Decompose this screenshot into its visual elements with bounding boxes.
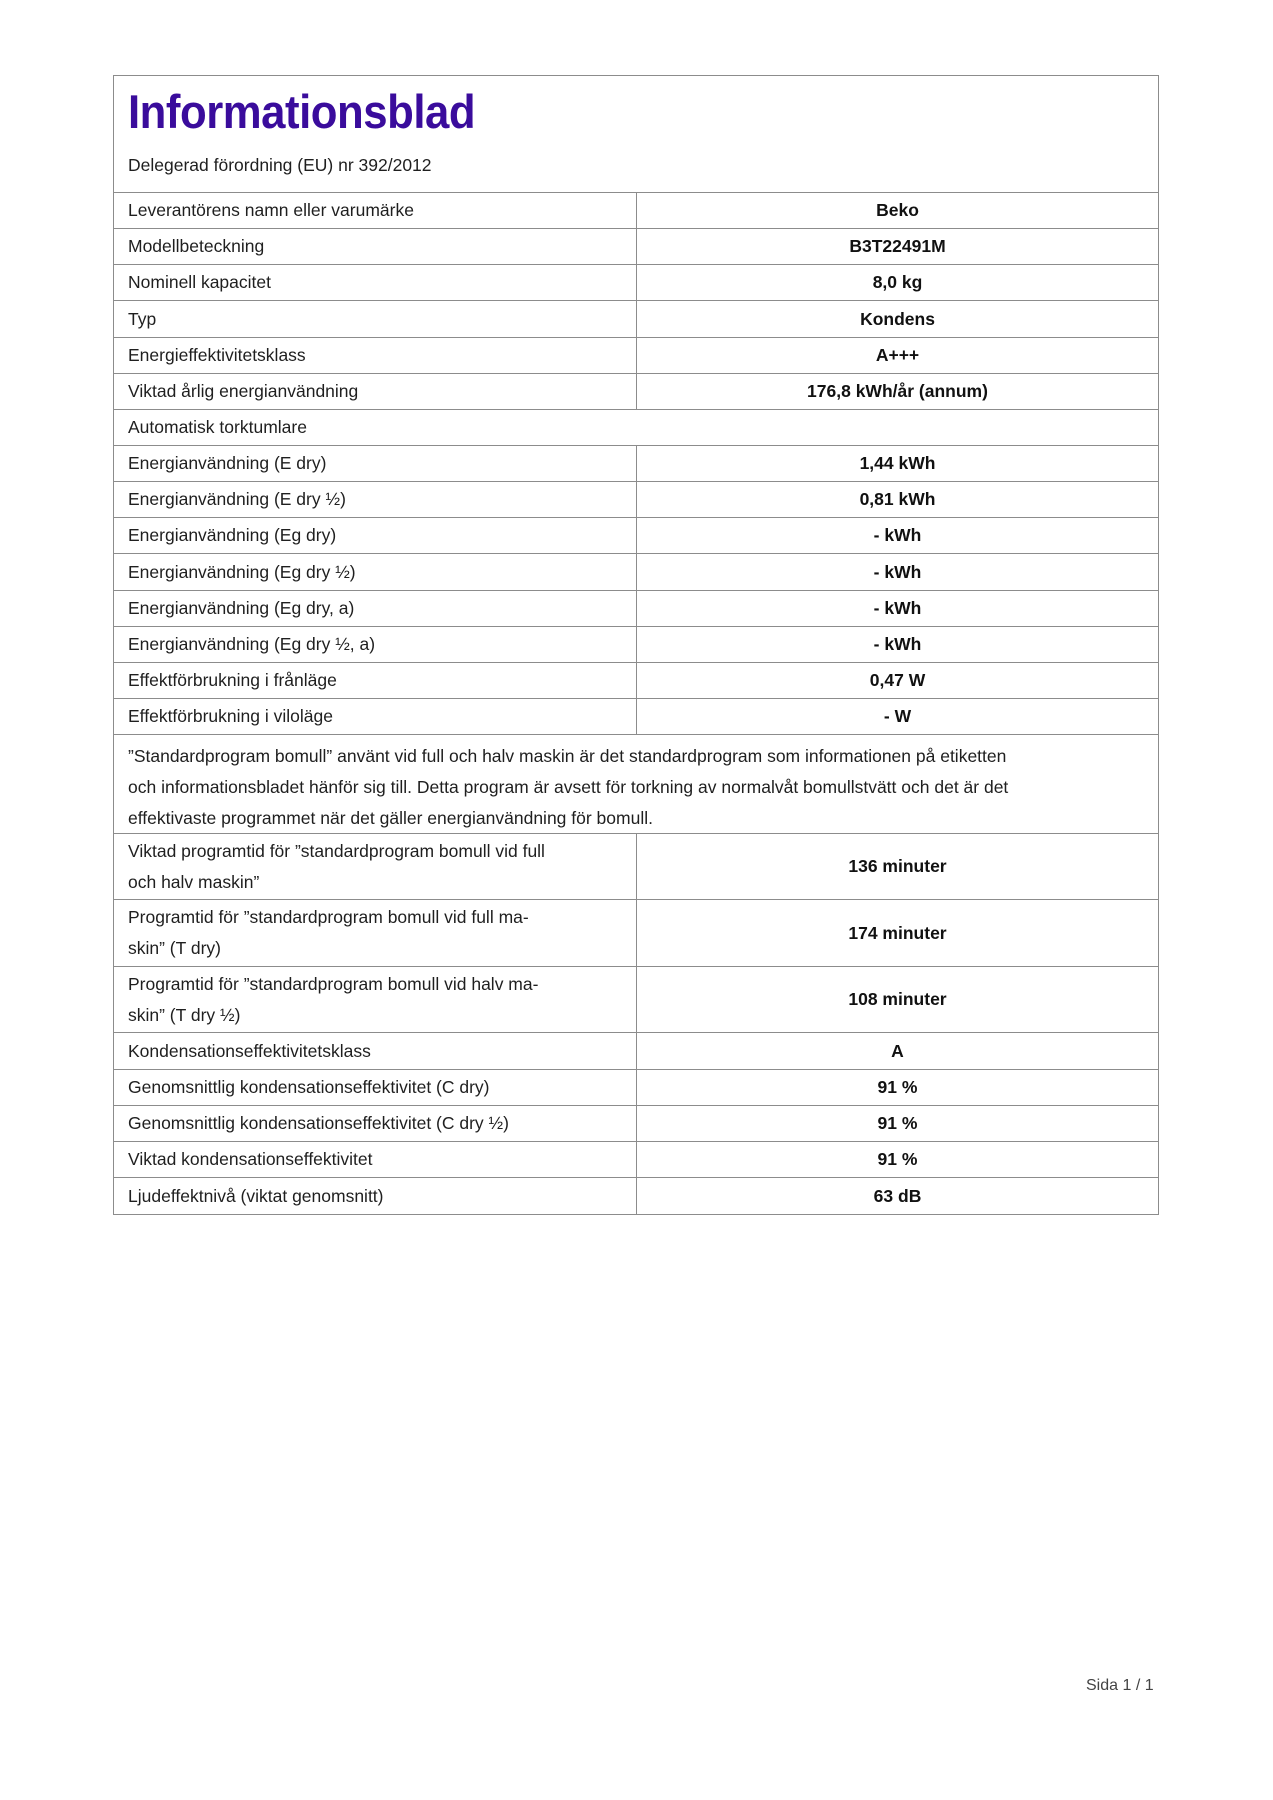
standard-program-note: ”Standardprogram bomull” använt vid full… xyxy=(114,735,1158,834)
row-label: Energianvändning (E dry) xyxy=(114,446,637,481)
row-value: - kWh xyxy=(637,554,1158,590)
row-label: Genomsnittlig kondensationseffektivitet … xyxy=(114,1106,637,1141)
row-label: Energianvändning (E dry ½) xyxy=(114,482,637,517)
row-value: 91 % xyxy=(637,1070,1158,1105)
row-value: - kWh xyxy=(637,518,1158,553)
row-label: Energianvändning (Eg dry ½, a) xyxy=(114,627,637,662)
table-row-energy-class: Energieffektivitetsklass A+++ xyxy=(114,338,1158,374)
row-label: Leverantörens namn eller varumärke xyxy=(114,193,637,228)
row-value: A+++ xyxy=(637,338,1158,373)
table-row-e-dry: Energianvändning (E dry) 1,44 kWh xyxy=(114,446,1158,482)
row-value: 136 minuter xyxy=(637,834,1158,899)
regulation-reference: Delegerad förordning (EU) nr 392/2012 xyxy=(128,153,432,177)
row-label: Energieffektivitetsklass xyxy=(114,338,637,373)
label-line: Programtid för ”standardprogram bomull v… xyxy=(128,902,529,933)
table-row-e-dry-half: Energianvändning (E dry ½) 0,81 kWh xyxy=(114,482,1158,518)
table-row-sound-power: Ljudeffektnivå (viktat genomsnitt) 63 dB xyxy=(114,1178,1158,1214)
row-value: 108 minuter xyxy=(637,967,1158,1032)
row-label: Energianvändning (Eg dry) xyxy=(114,518,637,553)
row-label: Energianvändning (Eg dry ½) xyxy=(114,554,637,590)
table-row-model: Modellbeteckning B3T22491M xyxy=(114,229,1158,265)
row-label: Effektförbrukning i viloläge xyxy=(114,699,637,734)
table-row-supplier: Leverantörens namn eller varumärke Beko xyxy=(114,193,1158,229)
label-line: Programtid för ”standardprogram bomull v… xyxy=(128,969,538,1000)
label-line: skin” (T dry) xyxy=(128,933,529,964)
table-row-eg-dry: Energianvändning (Eg dry) - kWh xyxy=(114,518,1158,554)
row-label: Viktad kondensationseffektivitet xyxy=(114,1142,637,1177)
table-row-weighted-program-time: Viktad programtid för ”standardprogram b… xyxy=(114,834,1158,900)
row-value: Kondens xyxy=(637,301,1158,337)
label-line: och halv maskin” xyxy=(128,867,545,898)
row-label: Viktad programtid för ”standardprogram b… xyxy=(114,834,637,899)
row-label: Nominell kapacitet xyxy=(114,265,637,300)
row-value: 176,8 kWh/år (annum) xyxy=(637,374,1158,409)
table-row-type: Typ Kondens xyxy=(114,301,1158,338)
row-value: - kWh xyxy=(637,591,1158,626)
row-value: Beko xyxy=(637,193,1158,228)
table-row-program-time-full: Programtid för ”standardprogram bomull v… xyxy=(114,900,1158,967)
table-row-eg-dry-a: Energianvändning (Eg dry, a) - kWh xyxy=(114,591,1158,627)
row-label: Viktad årlig energianvändning xyxy=(114,374,637,409)
row-value: A xyxy=(637,1033,1158,1069)
table-row-eg-dry-half-a: Energianvändning (Eg dry ½, a) - kWh xyxy=(114,627,1158,663)
row-label: Energianvändning (Eg dry, a) xyxy=(114,591,637,626)
row-value: 1,44 kWh xyxy=(637,446,1158,481)
row-value: 63 dB xyxy=(637,1178,1158,1214)
row-label: Kondensationseffektivitetsklass xyxy=(114,1033,637,1069)
table-row-condensation-c-dry: Genomsnittlig kondensationseffektivitet … xyxy=(114,1070,1158,1106)
table-row-weighted-condensation: Viktad kondensationseffektivitet 91 % xyxy=(114,1142,1158,1178)
section-label: Automatisk torktumlare xyxy=(114,410,1158,445)
table-row-standby-power: Effektförbrukning i viloläge - W xyxy=(114,699,1158,735)
row-value: 91 % xyxy=(637,1142,1158,1177)
row-value: 8,0 kg xyxy=(637,265,1158,300)
row-label: Programtid för ”standardprogram bomull v… xyxy=(114,900,637,966)
label-line: skin” (T dry ½) xyxy=(128,1000,538,1031)
table-row-annual-energy: Viktad årlig energianvändning 176,8 kWh/… xyxy=(114,374,1158,410)
row-label: Effektförbrukning i frånläge xyxy=(114,663,637,698)
table-row-condensation-c-dry-half: Genomsnittlig kondensationseffektivitet … xyxy=(114,1106,1158,1142)
note-line: ”Standardprogram bomull” använt vid full… xyxy=(128,741,1144,772)
row-label: Genomsnittlig kondensationseffektivitet … xyxy=(114,1070,637,1105)
label-line: Viktad programtid för ”standardprogram b… xyxy=(128,836,545,867)
information-sheet: Informationsblad Delegerad förordning (E… xyxy=(113,75,1159,1215)
row-value: 91 % xyxy=(637,1106,1158,1141)
row-value: B3T22491M xyxy=(637,229,1158,264)
sheet-header: Informationsblad Delegerad förordning (E… xyxy=(114,76,1158,193)
table-row-condensation-class: Kondensationseffektivitetsklass A xyxy=(114,1033,1158,1070)
row-value: 0,47 W xyxy=(637,663,1158,698)
table-row-eg-dry-half: Energianvändning (Eg dry ½) - kWh xyxy=(114,554,1158,591)
table-row-section-automatic: Automatisk torktumlare xyxy=(114,410,1158,446)
row-label: Programtid för ”standardprogram bomull v… xyxy=(114,967,637,1032)
note-line: och informationsbladet hänför sig till. … xyxy=(128,772,1144,803)
page-title: Informationsblad xyxy=(128,82,475,142)
table-row-off-mode-power: Effektförbrukning i frånläge 0,47 W xyxy=(114,663,1158,699)
table-row-program-time-half: Programtid för ”standardprogram bomull v… xyxy=(114,967,1158,1033)
note-line: effektivaste programmet när det gäller e… xyxy=(128,803,1144,834)
row-label: Typ xyxy=(114,301,637,337)
row-value: - W xyxy=(637,699,1158,734)
row-value: - kWh xyxy=(637,627,1158,662)
row-value: 0,81 kWh xyxy=(637,482,1158,517)
table-row-capacity: Nominell kapacitet 8,0 kg xyxy=(114,265,1158,301)
page-number: Sida 1 / 1 xyxy=(1086,1677,1154,1695)
row-label: Ljudeffektnivå (viktat genomsnitt) xyxy=(114,1178,637,1214)
row-value: 174 minuter xyxy=(637,900,1158,966)
row-label: Modellbeteckning xyxy=(114,229,637,264)
